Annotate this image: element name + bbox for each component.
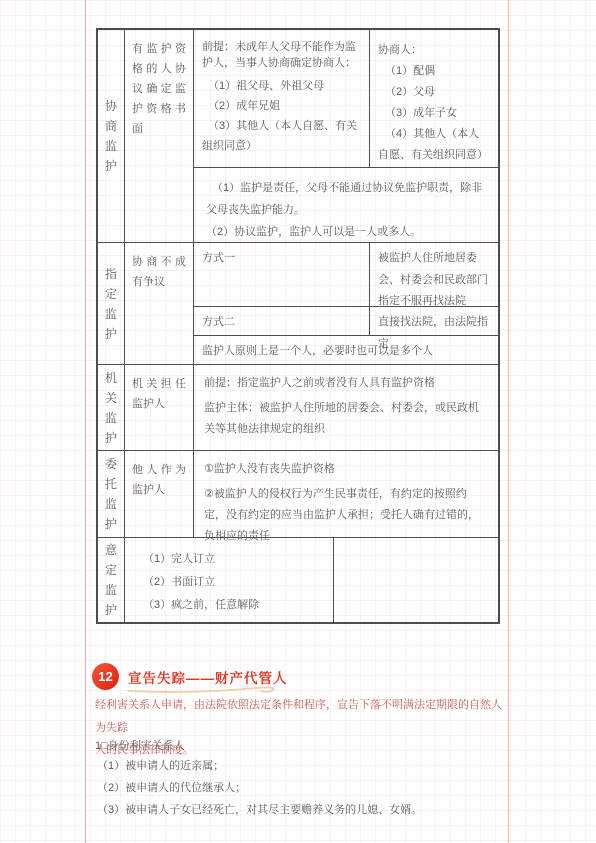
content-line: 前提：指定监护人之前或者没有人具有监护资格	[204, 373, 488, 394]
row-category-cell: 机关监护	[98, 365, 125, 450]
row-category-cell: 委托监护	[98, 451, 125, 537]
list-item: （2）被申请人的代位继承人；	[97, 778, 509, 800]
row-subtype-cell: 机关担任监护人	[125, 365, 194, 450]
designation-note: 监护人原则上是一个人，必要时也可以是多个人	[194, 335, 498, 366]
organ-content-cell: 前提：指定监护人之前或者没有人具有监护资格 监护主体：被监护人住所地的居委会、村…	[194, 365, 498, 450]
notes-page: 协商监护 有监护资格的人协议确定监护资格书面 前提：未成年人父母不能作为监护人，…	[0, 0, 596, 843]
premise-intro: 前提：未成年人父母不能作为监护人，当事人协商确定协商人：	[202, 39, 361, 71]
premise-item: （2）成年兄姐	[202, 96, 361, 116]
method-two-desc: 直接找法院，由法院指定	[370, 307, 498, 335]
list-item: （3）被申请人子女已经死亡，对其尽主要赡养义务的儿媳、女婿。	[97, 800, 509, 822]
content-line: 监护主体：被监护人住所地的居委会、村委会，或民政机关等其他法律规定的组织	[204, 398, 488, 440]
row-category-cell: 指定监护	[98, 243, 125, 364]
table-row-voluntary-guardianship: 意定监护 （1）完人订立 （2）书面订立 （3）疯之前，任意解除	[98, 537, 498, 622]
row-category-cell: 意定监护	[98, 538, 125, 622]
note-item: （2）协议监护，监护人可以是一人或多人。	[206, 221, 486, 243]
category-label: 指定监护	[105, 264, 118, 344]
candidate-item: （1）配偶	[378, 61, 490, 82]
method-one-label: 方式一	[194, 243, 370, 306]
note-item: （1）监护是责任，父母不能通过协议免监护职责，除非父母丧失监护能力。	[206, 177, 486, 221]
candidates-cell: 协商人： （1）配偶 （2）父母 （3）成年子女 （4）其他人（本人自愿、有关组…	[370, 30, 498, 167]
category-label: 意定监护	[105, 540, 118, 620]
section-number-badge: 12	[92, 663, 119, 690]
list-item: （1）被申请人的近亲属；	[97, 756, 509, 778]
candidate-item: （4）其他人（本人自愿、有关组织同意）	[378, 124, 490, 166]
row-subtype-cell: 协商不成有争议	[125, 243, 194, 364]
empty-cell	[334, 538, 498, 622]
content-line: ①监护人没有丧失监护资格	[204, 459, 488, 480]
table-row-negotiated-guardianship: 协商监护 有监护资格的人协议确定监护资格书面 前提：未成年人父母不能作为监护人，…	[98, 30, 498, 242]
candidate-item: （3）成年子女	[378, 103, 490, 124]
candidate-item: （2）父母	[378, 82, 490, 103]
premise-cell: 前提：未成年人父母不能作为监护人，当事人协商确定协商人： （1）祖父母、外祖父母…	[194, 30, 370, 167]
row-subtype-cell: 他人作为监护人	[125, 451, 194, 537]
row-subtype-cell: 有监护资格的人协议确定监护资格书面	[125, 30, 194, 242]
definition-line: 经利害关系人申请，由法院依照法定条件和程序，宣告下落不明满法定期限的自然人为失踪	[95, 694, 511, 739]
candidates-title: 协商人：	[378, 40, 490, 61]
category-label: 协商监护	[105, 96, 118, 176]
method-two-label: 方式二	[194, 307, 370, 335]
row-category-cell: 协商监护	[98, 30, 125, 242]
premise-item: （1）祖父母、外祖父母	[202, 76, 361, 96]
content-line: （3）疯之前，任意解除	[143, 594, 315, 617]
table-row-organ-guardianship: 机关监护 机关担任监护人 前提：指定监护人之前或者没有人具有监护资格 监护主体：…	[98, 364, 498, 450]
category-label: 机关监护	[105, 368, 118, 448]
category-label: 委托监护	[105, 454, 118, 534]
table-row-designated-guardianship: 指定监护 协商不成有争议 方式一 被监护人住所地居委会、村委会和民政部门指定不服…	[98, 242, 498, 364]
interested-parties-list: （1）被申请人的近亲属； （2）被申请人的代位继承人； （3）被申请人子女已经死…	[97, 756, 509, 821]
premise-item: （3）其他人（本人自愿、有关组织同意）	[202, 116, 361, 156]
entrusted-content-cell: ①监护人没有丧失监护资格 ②被监护人的侵权行为产生民事责任，有约定的按照约定，没…	[194, 451, 498, 537]
voluntary-content-cell: （1）完人订立 （2）书面订立 （3）疯之前，任意解除	[125, 538, 334, 622]
left-margin-line	[85, 0, 86, 843]
notes-cell: （1）监护是责任，父母不能通过协议免监护职责，除非父母丧失监护能力。 （2）协议…	[194, 167, 498, 252]
content-line: （1）完人订立	[143, 548, 315, 571]
table-row-entrusted-guardianship: 委托监护 他人作为监护人 ①监护人没有丧失监护资格 ②被监护人的侵权行为产生民事…	[98, 450, 498, 537]
subheading: 1□身份利害关系人	[95, 738, 185, 754]
guardianship-table: 协商监护 有监护资格的人协议确定监护资格书面 前提：未成年人父母不能作为监护人，…	[96, 28, 500, 624]
method-one-desc: 被监护人住所地居委会、村委会和民政部门指定不服再找法院	[370, 243, 498, 306]
content-line: （2）书面订立	[143, 571, 315, 594]
